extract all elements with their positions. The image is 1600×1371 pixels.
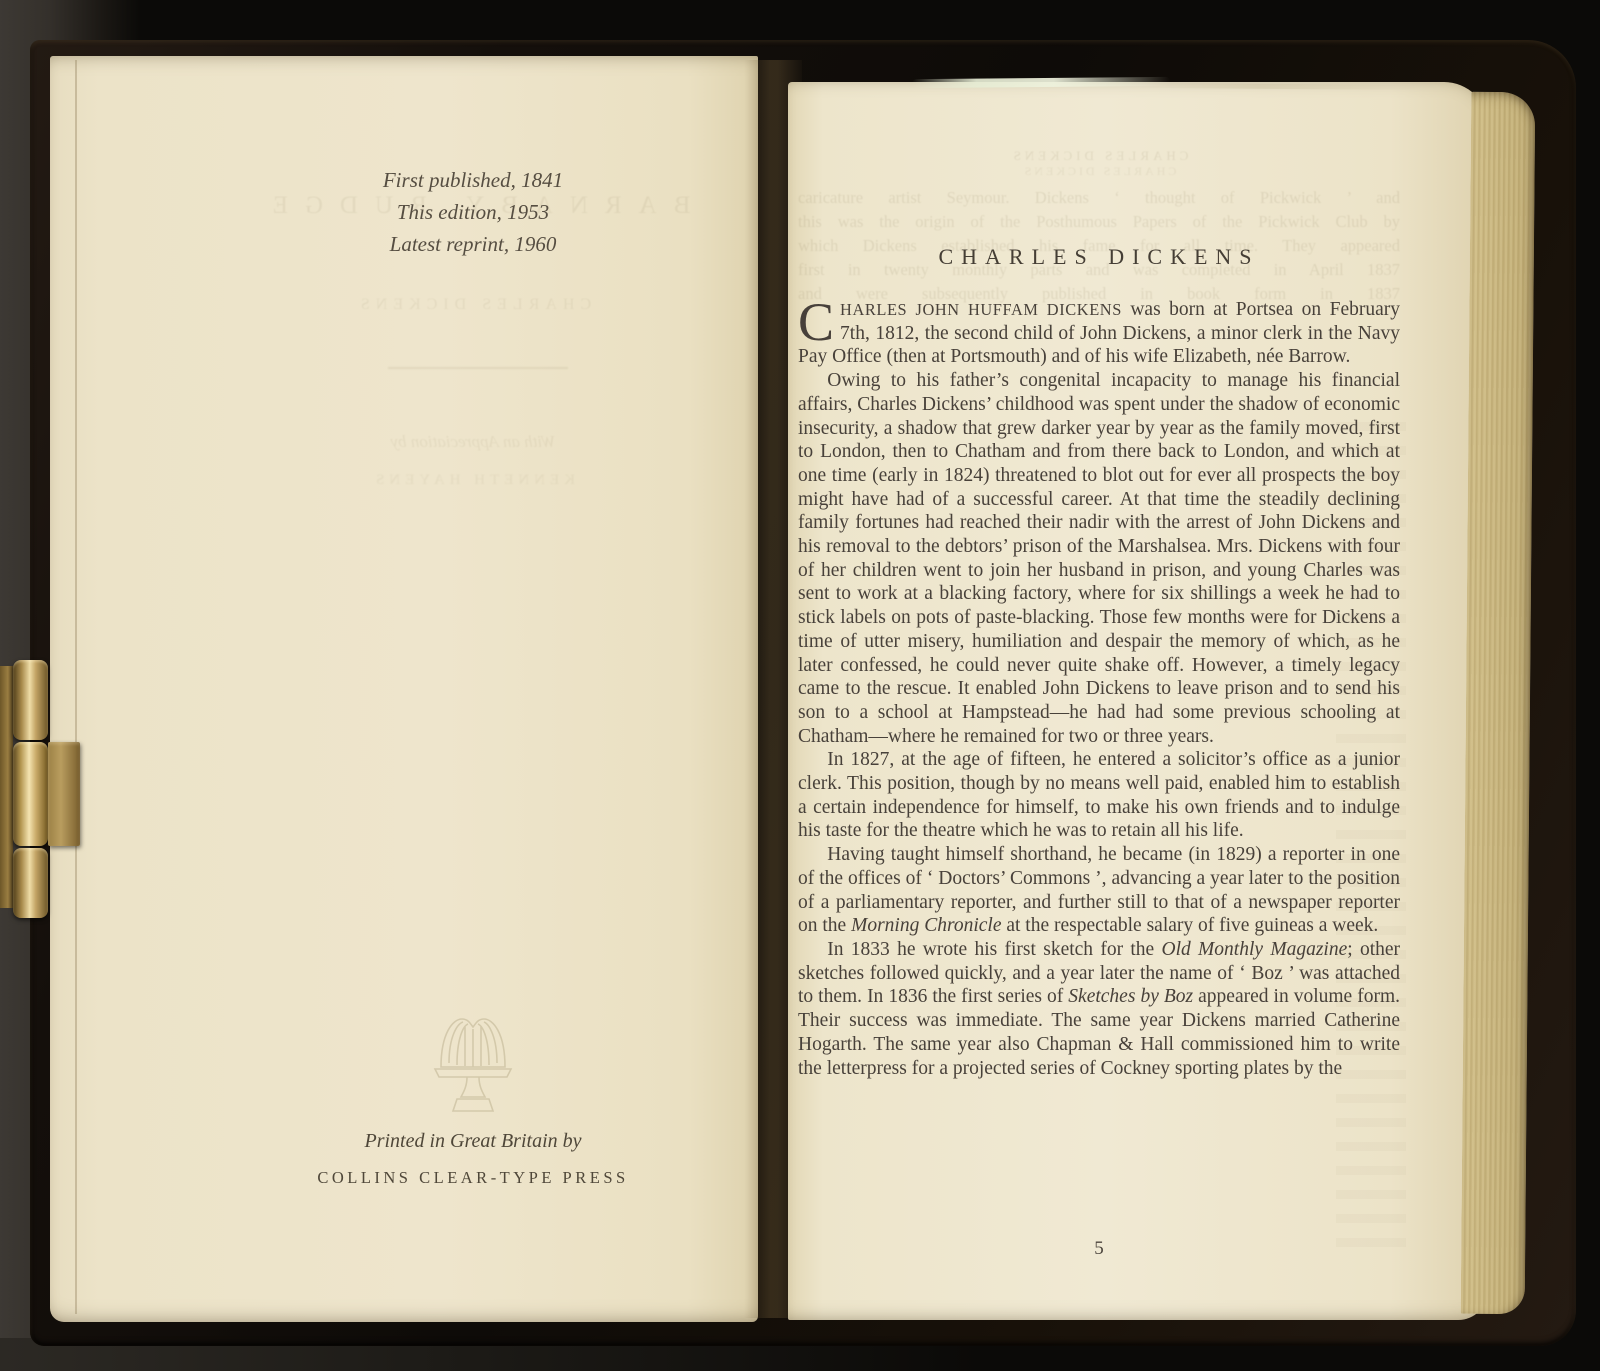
printer-line: Printed in Great Britain by	[120, 1130, 826, 1153]
text-segment: Owing to his father’s congenital incapac…	[798, 370, 1400, 747]
fountain-emblem-ghost	[120, 1011, 826, 1124]
left-page-content: BARNABY RUDGE CHARLES DICKENS With an Ap…	[120, 56, 826, 1322]
paragraph: In 1827, at the age of fifteen, he enter…	[798, 748, 1400, 843]
showthrough-author: CHARLES DICKENS	[120, 296, 826, 314]
paragraph: Having taught himself shorthand, he beca…	[798, 843, 1400, 938]
showthrough-running-head: CHARLES DICKENS	[798, 148, 1400, 164]
edition-line: First published, 1841	[120, 164, 826, 196]
showthrough-appreciation-line: With an Appreciation by	[120, 432, 826, 452]
drop-cap: C	[798, 298, 840, 344]
showthrough-appreciation-author: KENNETH HAYENS	[120, 472, 826, 489]
paragraph: In 1833 he wrote his first sketch for th…	[798, 938, 1400, 1080]
text-segment: In 1833 he wrote his first sketch for th…	[827, 939, 1161, 960]
text-segment: at the respectable salary of five guinea…	[1001, 915, 1378, 936]
hinge-knuckle-bottom	[13, 848, 48, 918]
edition-line: Latest reprint, 1960	[120, 228, 826, 260]
text-segment: In 1827, at the age of fifteen, he enter…	[798, 749, 1400, 841]
left-page: BARNABY RUDGE CHARLES DICKENS With an Ap…	[50, 56, 758, 1322]
chapter-heading: CHARLES DICKENS	[798, 244, 1400, 270]
showthrough-running-head-2: CHARLES DICKENS	[798, 164, 1400, 179]
hinge-plate-right	[48, 742, 80, 846]
paragraph: CHARLES JOHN HUFFAM DICKENS was born at …	[798, 298, 1400, 369]
text-segment: HARLES JOHN HUFFAM DICKENS	[840, 300, 1122, 319]
hinge-knuckle-top	[13, 660, 48, 740]
bookstand-hinge	[0, 656, 84, 922]
body-paragraphs: CHARLES JOHN HUFFAM DICKENS was born at …	[798, 298, 1400, 1080]
edition-line: This edition, 1953	[120, 196, 826, 228]
text-segment: Sketches by Boz	[1068, 986, 1193, 1007]
book-photo-scene: BARNABY RUDGE CHARLES DICKENS With an Ap…	[0, 0, 1600, 1371]
right-page: CHARLES DICKENS CHARLES DICKENS caricatu…	[788, 82, 1488, 1320]
showthrough-line: caricature artist Seymour. Dickens ‘ tho…	[798, 186, 1400, 210]
hinge-knuckle-middle	[13, 742, 48, 846]
printer-name: COLLINS CLEAR-TYPE PRESS	[120, 1168, 826, 1188]
text-segment: Old Monthly Magazine	[1162, 939, 1348, 960]
paragraph: Owing to his father’s congenital incapac…	[798, 369, 1400, 748]
text-segment: Morning Chronicle	[851, 915, 1001, 936]
edition-notice: First published, 1841This edition, 1953L…	[120, 164, 826, 260]
hinge-plate-left	[0, 666, 13, 908]
right-page-content: CHARLES DICKENS CHARLES DICKENS caricatu…	[798, 82, 1400, 1320]
showthrough-rule	[388, 367, 568, 369]
fore-edge-page-stack	[1461, 92, 1536, 1315]
page-number: 5	[798, 1238, 1400, 1260]
showthrough-line: this was the origin of the Posthumous Pa…	[798, 210, 1400, 234]
